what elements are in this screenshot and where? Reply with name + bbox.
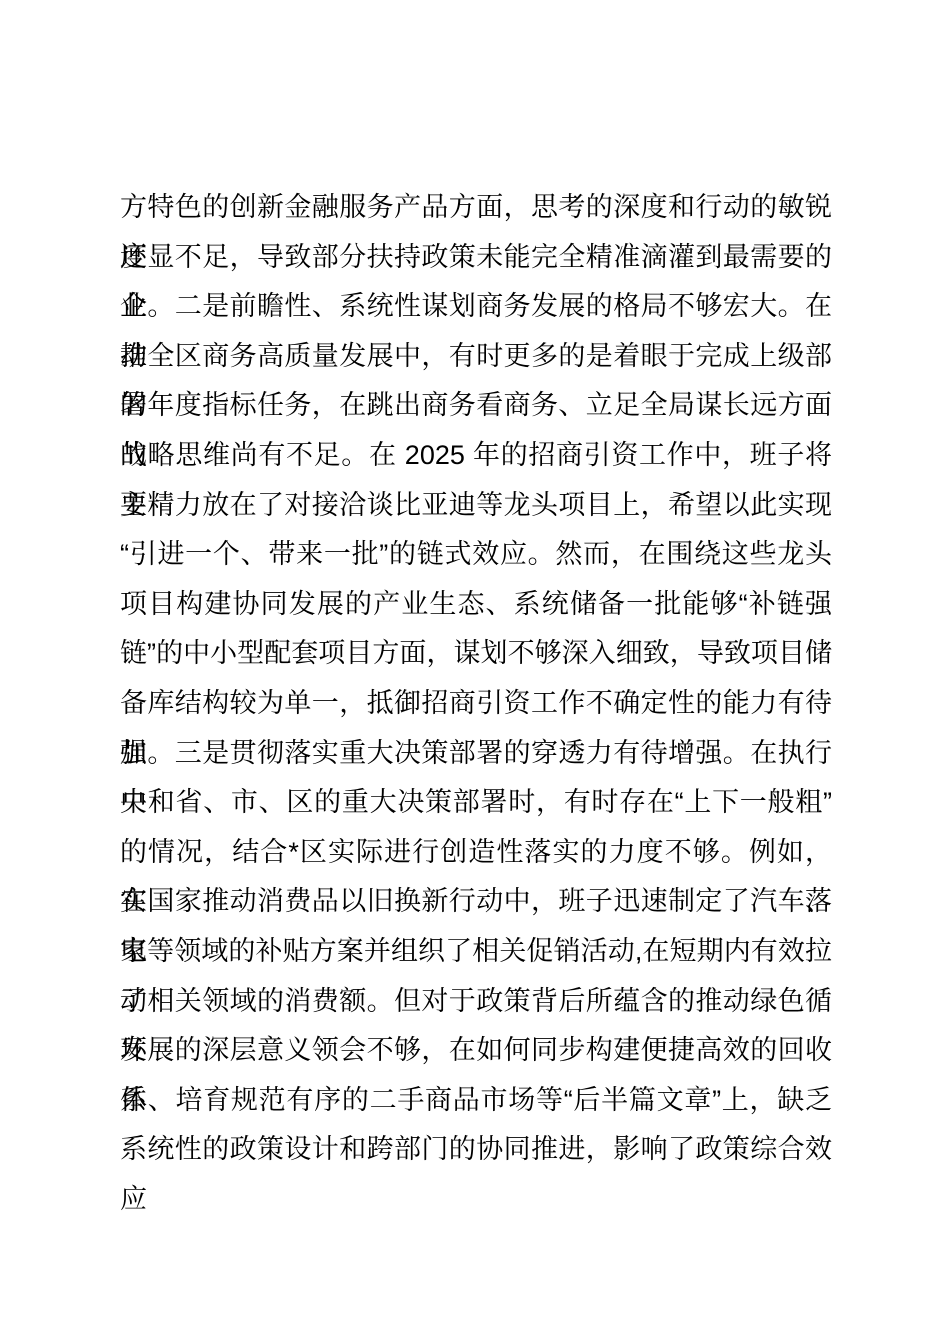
text-line: 央和省、市、区的重大决策部署时，有时存在“上下一般粗” bbox=[120, 778, 832, 828]
text-line: 项目构建协同发展的产业生态、系统储备一批能够“补链强 bbox=[120, 580, 832, 630]
text-line: 系统性的政策设计和跨部门的协同推进，影响了政策综合效应 bbox=[120, 1125, 832, 1175]
text-line: 系、培育规范有序的二手商品市场等“后半篇文章”上，缺乏 bbox=[120, 1076, 832, 1126]
text-line: 动全区商务高质量发展中，有时更多的是着眼于完成上级部署 bbox=[120, 332, 832, 382]
text-line: 的年度指标任务，在跳出商务看商务、立足全局谋长远方面的 bbox=[120, 381, 832, 431]
text-line: 强。三是贯彻落实重大决策部署的穿透力有待增强。在执行中 bbox=[120, 729, 832, 779]
text-line: 电等领域的补贴方案并组织了相关促销活动,在短期内有效拉动 bbox=[120, 927, 832, 977]
text-line: 业。二是前瞻性、系统性谋划商务发展的格局不够宏大。在推 bbox=[120, 282, 832, 332]
body-text-paragraph: 方特色的创新金融服务产品方面，思考的深度和行动的敏锐度还显不足，导致部分扶持政策… bbox=[120, 183, 832, 1175]
text-line: 战略思维尚有不足。在 2025 年的招商引资工作中，班子将主 bbox=[120, 431, 832, 481]
text-line: 实国家推动消费品以旧换新行动中，班子迅速制定了汽车、家 bbox=[120, 877, 832, 927]
text-line: 备库结构较为单一，抵御招商引资工作不确定性的能力有待加 bbox=[120, 679, 832, 729]
text-line: 还显不足，导致部分扶持政策未能完全精准滴灌到最需要的企 bbox=[120, 233, 832, 283]
text-line: 要精力放在了对接洽谈比亚迪等龙头项目上，希望以此实现 bbox=[120, 481, 832, 531]
text-line: 了相关领域的消费额。但对于政策背后所蕴含的推动绿色循环 bbox=[120, 977, 832, 1027]
text-line: 发展的深层意义领会不够，在如何同步构建便捷高效的回收体 bbox=[120, 1026, 832, 1076]
text-line: 方特色的创新金融服务产品方面，思考的深度和行动的敏锐度 bbox=[120, 183, 832, 233]
document-page: 方特色的创新金融服务产品方面，思考的深度和行动的敏锐度还显不足，导致部分扶持政策… bbox=[0, 0, 950, 1344]
text-line: 链”的中小型配套项目方面，谋划不够深入细致，导致项目储 bbox=[120, 629, 832, 679]
text-line: “引进一个、带来一批”的链式效应。然而，在围绕这些龙头 bbox=[120, 530, 832, 580]
text-line: 的情况，结合*区实际进行创造性落实的力度不够。例如，在落 bbox=[120, 828, 832, 878]
